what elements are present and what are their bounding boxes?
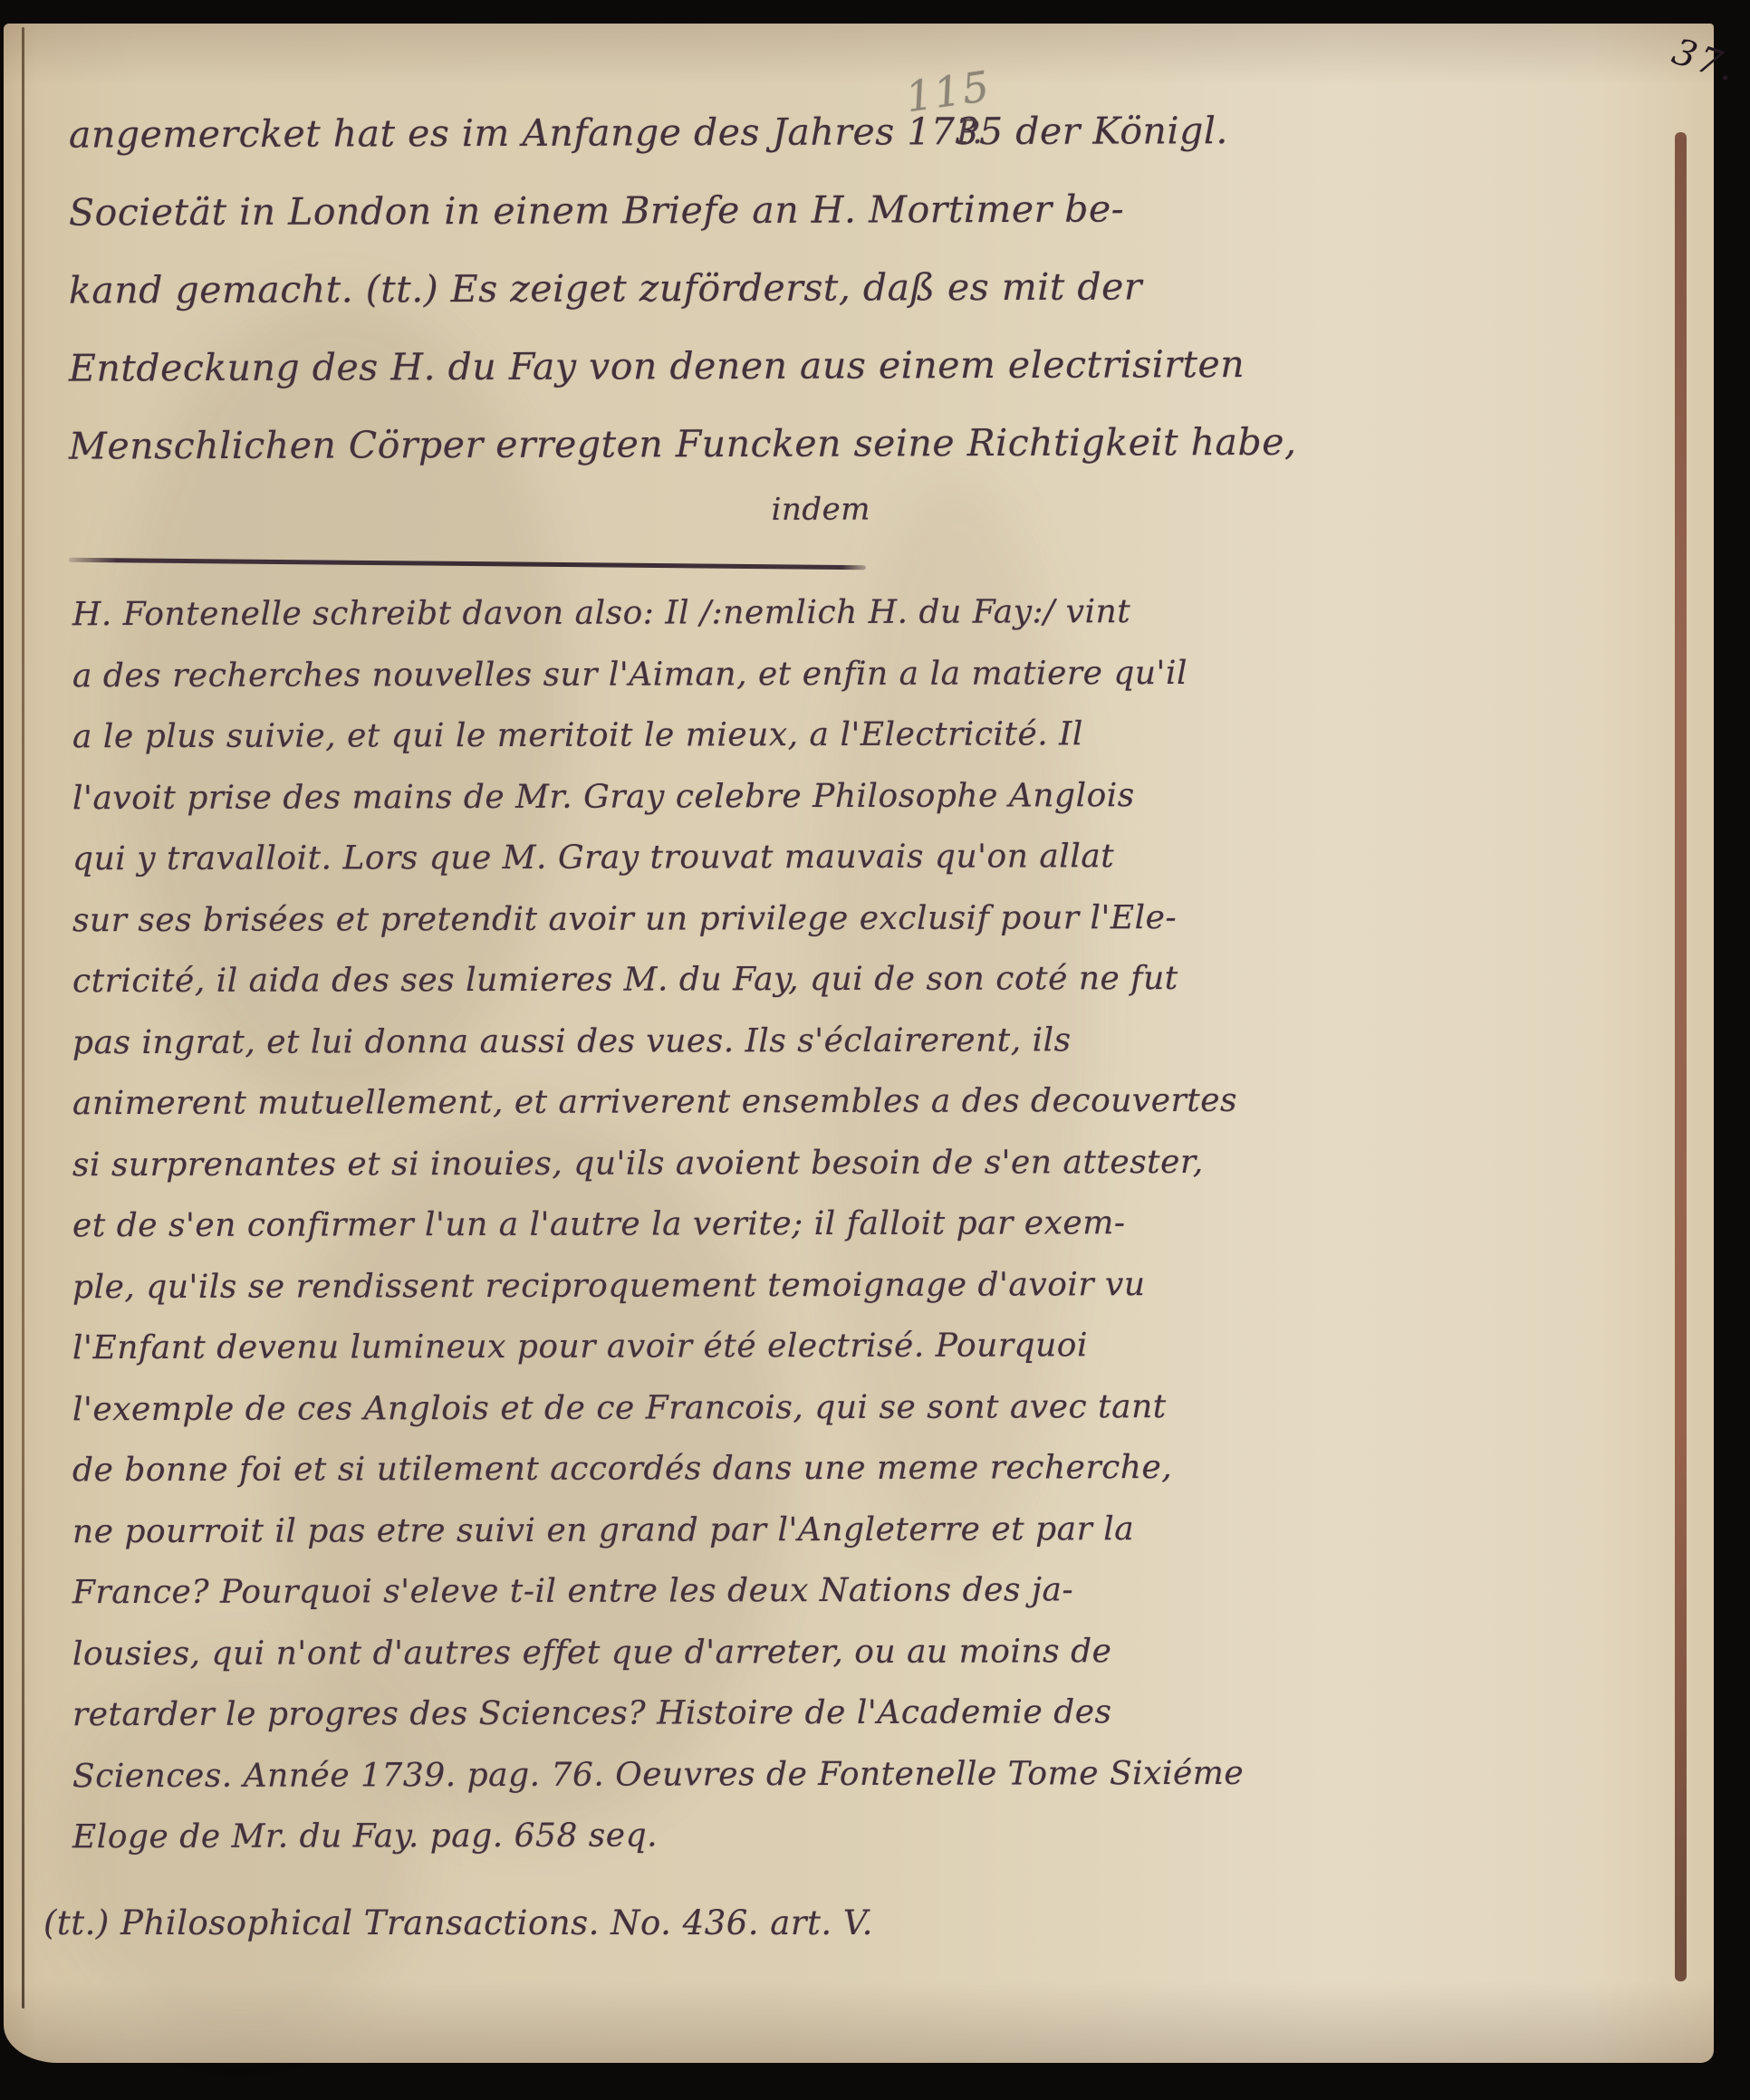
german-text-line: kand gemacht. (tt.) Es zeiget zuförderst… <box>69 248 889 329</box>
french-text-line: de bonne foi et si utilement accordés da… <box>72 1438 897 1501</box>
book-gutter-edge <box>22 27 24 2009</box>
french-text-line: et de s'en confirmer l'un a l'autre la v… <box>72 1194 897 1257</box>
german-text-line: Entdeckung des H. du Fay von denen aus e… <box>69 326 889 407</box>
french-text-line: l'exemple de ces Anglois et de ce Franco… <box>72 1376 897 1440</box>
french-text-line: animerent mutuellement, et arriverent en… <box>72 1071 897 1135</box>
manuscript-page: angemercket hat es im Anfange des Jahres… <box>4 24 1714 2063</box>
french-text-line: l'avoit prise des mains de Mr. Gray cele… <box>72 765 897 829</box>
french-text-line: l'Enfant devenu lumineux pour avoir été … <box>72 1316 897 1379</box>
catchword: indem <box>69 482 889 539</box>
french-text-line: H. Fontenelle schreibt davon also: Il /:… <box>72 582 897 646</box>
ink-section-letter: P. <box>957 114 983 151</box>
german-text-line: angemercket hat es im Anfange des Jahres… <box>69 92 889 173</box>
french-text-line: Eloge de Mr. du Fay. pag. 658 seq. <box>72 1805 897 1868</box>
french-text-line: sur ses brisées et pretendit avoir un pr… <box>72 887 897 951</box>
french-text-line: ne pourroit il pas etre suivi en grand p… <box>72 1499 897 1562</box>
german-text-line: Menschlichen Cörper erregten Funcken sei… <box>69 404 889 484</box>
separator-rule <box>69 558 866 570</box>
french-text-block: H. Fontenelle schreibt davon also: Il /:… <box>72 583 897 1867</box>
french-text-line: pas ingrat, et lui donna aussi des vues.… <box>72 1010 897 1073</box>
german-text-line: Societät in London in einem Briefe an H.… <box>69 170 889 251</box>
french-text-line: qui y travalloit. Lors que M. Gray trouv… <box>72 827 897 890</box>
french-text-line: ple, qu'ils se rendissent reciproquement… <box>72 1254 897 1318</box>
french-text-line: si surprenantes et si inouies, qu'ils av… <box>72 1132 897 1195</box>
page-edge <box>1675 132 1687 1981</box>
footnote-line: (tt.) Philosophical Transactions. No. 43… <box>43 1896 931 1951</box>
corner-folio-number: 37. <box>1668 31 1743 91</box>
french-text-line: a le plus suivie, et qui le meritoit le … <box>72 705 897 768</box>
french-text-line: lousies, qui n'ont d'autres effet que d'… <box>72 1621 897 1684</box>
french-text-line: ctricité, il aida des ses lumieres M. du… <box>72 949 897 1012</box>
german-text-block: angemercket hat es im Anfange des Jahres… <box>69 94 889 538</box>
french-text-line: Sciences. Année 1739. pag. 76. Oeuvres d… <box>72 1743 897 1807</box>
french-text-line: France? Pourquoi s'eleve t-il entre les … <box>72 1560 897 1624</box>
french-text-line: a des recherches nouvelles sur l'Aiman, … <box>72 643 897 706</box>
french-text-line: retarder le progres des Sciences? Histoi… <box>72 1683 897 1746</box>
